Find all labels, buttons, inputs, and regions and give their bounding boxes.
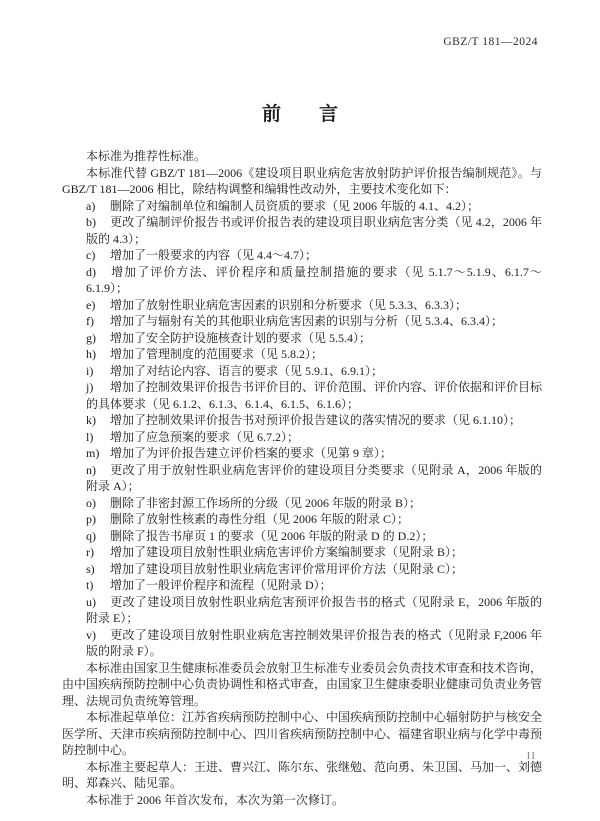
change-item-label: j): [86, 379, 110, 396]
change-item-label: a): [86, 198, 110, 215]
change-item-text: 更改了编制评价报告书或评价报告表的建设项目职业病危害分类（见 4.2，2006 …: [86, 215, 542, 246]
change-item: f)增加了与辐射有关的其他职业病危害因素的识别与分析（见 5.3.4、6.3.4…: [62, 313, 542, 330]
change-item-text: 增加了安全防护设施核查计划的要求（见 5.5.4）；: [110, 331, 371, 345]
change-item: p)删除了放射性核素的毒性分组（见 2006 年版的附录 C）；: [62, 511, 542, 528]
standard-number: GBZ/T 181—2024: [443, 36, 538, 48]
change-item-label: e): [86, 297, 110, 314]
change-item: k)增加了控制效果评价报告书对预评价报告建议的落实情况的要求（见 6.1.10）…: [62, 412, 542, 429]
change-item: q)删除了报告书扉页 1 的要求（见 2006 年版的附录 D 的 D.2）；: [62, 528, 542, 545]
change-item-text: 增加了一般评价程序和流程（见附录 D）；: [110, 578, 332, 592]
change-item-label: n): [86, 462, 110, 479]
change-item-text: 增加了建设项目放射性职业病危害评价常用评价方法（见附录 C）；: [110, 562, 463, 576]
change-item: i)增加了对结论内容、语言的要求（见 5.9.1、6.9.1）；: [62, 363, 542, 380]
change-item: u)更改了建设项目放射性职业病危害预评价报告书的格式（见附录 E，2006 年版…: [62, 594, 542, 627]
change-item-text: 增加了对结论内容、语言的要求（见 5.9.1、6.9.1）；: [110, 364, 383, 378]
change-item-text: 删除了对编制单位和编制人员资质的要求（见 2006 年版的 4.1、4.2）；: [110, 199, 479, 213]
foreword-content: 本标准为推荐性标准。 本标准代替 GBZ/T 181—2006《建设项目职业病危…: [62, 148, 542, 808]
change-item-label: t): [86, 577, 110, 594]
paragraph-drafters: 本标准主要起草人：王进、曹兴江、陈尔东、张继勉、范向勇、朱卫国、马加一、刘德明、…: [62, 759, 542, 792]
paragraph-recommended: 本标准为推荐性标准。: [62, 148, 542, 165]
change-item-label: f): [86, 313, 110, 330]
change-item-label: h): [86, 346, 110, 363]
change-item-text: 增加了管理制度的范围要求（见 5.8.2）；: [110, 347, 323, 361]
change-item: c)增加了一般要求的内容（见 4.4～4.7）；: [62, 247, 542, 264]
change-item: b)更改了编制评价报告书或评价报告表的建设项目职业病危害分类（见 4.2，200…: [62, 214, 542, 247]
change-item: n)更改了用于放射性职业病危害评价的建设项目分类要求（见附录 A，2006 年版…: [62, 462, 542, 495]
change-item-text: 增加了为评价报告建立评价档案的要求（见第 9 章）；: [110, 446, 392, 460]
change-item-text: 增加了与辐射有关的其他职业病危害因素的识别与分析（见 5.3.4、6.3.4）；: [110, 314, 503, 328]
change-item-label: l): [86, 429, 110, 446]
change-item-label: q): [86, 528, 110, 545]
change-item-label: b): [86, 214, 110, 231]
change-item: d)增加了评价方法、评价程序和质量控制措施的要求（见 5.1.7～5.1.9、6…: [62, 264, 542, 297]
page-title: 前 言: [0, 99, 600, 126]
paragraph-drafting-units: 本标准起草单位：江苏省疾病预防控制中心、中国疾病预防控制中心辐射防护与核安全医学…: [62, 709, 542, 759]
change-item: e)增加了放射性职业病危害因素的识别和分析要求（见 5.3.3、6.3.3）；: [62, 297, 542, 314]
change-item: s)增加了建设项目放射性职业病危害评价常用评价方法（见附录 C）；: [62, 561, 542, 578]
change-item-label: i): [86, 363, 110, 380]
change-item-label: k): [86, 412, 110, 429]
change-item-text: 删除了报告书扉页 1 的要求（见 2006 年版的附录 D 的 D.2）；: [110, 529, 433, 543]
change-item-label: c): [86, 247, 110, 264]
change-item-label: o): [86, 495, 110, 512]
change-item-label: d): [86, 264, 110, 281]
change-item-text: 更改了建设项目放射性职业病危害预评价报告书的格式（见附录 E，2006 年版的附…: [86, 595, 542, 626]
change-item-label: r): [86, 544, 110, 561]
change-item-text: 增加了一般要求的内容（见 4.4～4.7）；: [110, 248, 317, 262]
change-item: t)增加了一般评价程序和流程（见附录 D）；: [62, 577, 542, 594]
change-item-text: 增加了建设项目放射性职业病危害评价方案编制要求（见附录 B）；: [110, 545, 463, 559]
change-item-text: 删除了放射性核素的毒性分组（见 2006 年版的附录 C）；: [110, 512, 409, 526]
change-item-label: v): [86, 627, 110, 644]
change-item-label: u): [86, 594, 110, 611]
change-item-text: 更改了用于放射性职业病危害评价的建设项目分类要求（见附录 A，2006 年版的附…: [86, 463, 542, 494]
change-item: j)增加了控制效果评价报告书评价目的、评价范围、评价内容、评价依据和评价目标的具…: [62, 379, 542, 412]
change-item: m)增加了为评价报告建立评价档案的要求（见第 9 章）；: [62, 445, 542, 462]
change-item: h)增加了管理制度的范围要求（见 5.8.2）；: [62, 346, 542, 363]
change-item: o)删除了非密封源工作场所的分级（见 2006 年版的附录 B）；: [62, 495, 542, 512]
change-item-text: 增加了控制效果评价报告书对预评价报告建议的落实情况的要求（见 6.1.10）；: [110, 413, 521, 427]
change-item: a)删除了对编制单位和编制人员资质的要求（见 2006 年版的 4.1、4.2）…: [62, 198, 542, 215]
change-item: l)增加了应急预案的要求（见 6.7.2）；: [62, 429, 542, 446]
change-item-label: p): [86, 511, 110, 528]
change-item-text: 更改了建设项目放射性职业病危害控制效果评价报告表的格式（见附录 F,2006 年…: [86, 628, 542, 659]
change-item: g)增加了安全防护设施核查计划的要求（见 5.5.4）；: [62, 330, 542, 347]
paragraph-history: 本标准于 2006 年首次发布，本次为第一次修订。: [62, 792, 542, 809]
paragraph-replaces: 本标准代替 GBZ/T 181—2006《建设项目职业病危害放射防护评价报告编制…: [62, 165, 542, 198]
change-item: v)更改了建设项目放射性职业病危害控制效果评价报告表的格式（见附录 F,2006…: [62, 627, 542, 660]
paragraph-committee: 本标准由国家卫生健康标准委员会放射卫生标准专业委员会负责技术审查和技术咨询，由中…: [62, 660, 542, 710]
document-page: GBZ/T 181—2024 前 言 本标准为推荐性标准。 本标准代替 GBZ/…: [0, 0, 600, 821]
change-item-text: 删除了非密封源工作场所的分级（见 2006 年版的附录 B）；: [110, 496, 421, 510]
page-number: II: [527, 750, 536, 762]
change-item-label: g): [86, 330, 110, 347]
change-item-label: m): [86, 445, 110, 462]
change-item-text: 增加了评价方法、评价程序和质量控制措施的要求（见 5.1.7～5.1.9、6.1…: [86, 265, 542, 296]
change-item-text: 增加了应急预案的要求（见 6.7.2）；: [110, 430, 299, 444]
change-item: r)增加了建设项目放射性职业病危害评价方案编制要求（见附录 B）；: [62, 544, 542, 561]
change-item-text: 增加了控制效果评价报告书评价目的、评价范围、评价内容、评价依据和评价目标的具体要…: [86, 380, 542, 411]
change-item-text: 增加了放射性职业病危害因素的识别和分析要求（见 5.3.3、6.3.3）；: [110, 298, 467, 312]
change-item-label: s): [86, 561, 110, 578]
